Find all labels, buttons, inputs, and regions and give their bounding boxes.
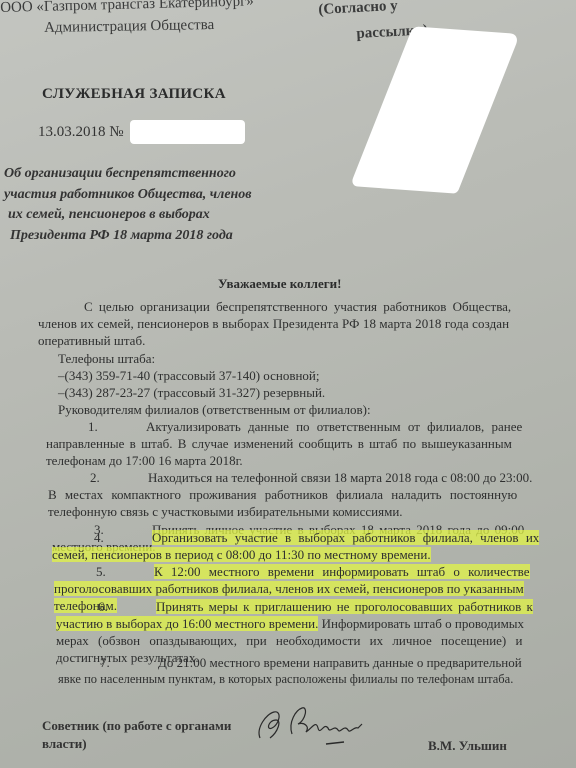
item-text: До 21:00 местного времени направить данн… [158, 655, 522, 670]
department-name: Администрация Общества [44, 17, 214, 37]
item-text: В местах компактного проживания работник… [48, 486, 564, 503]
item-text: телефонную связь с участковыми избирател… [48, 503, 564, 520]
intro-paragraph: С целью организации беспрепятственного у… [38, 298, 554, 349]
item-number: 4. [52, 529, 152, 546]
subject-line: их семей, пенсионеров в выборах [4, 205, 252, 226]
intro-line: С целью организации беспрепятственного у… [38, 298, 554, 315]
redaction-block-number [130, 120, 245, 144]
item-text-highlighted: участию в выборах до 16:00 местного врем… [56, 616, 318, 631]
item-text: телефонам до 17:00 16 марта 2018г. [46, 452, 562, 469]
signatory-role: Советник (по работе с органами власти) [42, 717, 231, 753]
phone-reserve: –(343) 287-23-27 (трассовый 31-327) резе… [38, 384, 554, 401]
signatory-name: В.М. Ульшин [428, 738, 507, 754]
branch-heads-label: Руководителям филиалов (ответственным от… [38, 401, 554, 418]
item-1: 1.Актуализировать данные по ответственны… [46, 418, 562, 469]
organization-name: ООО «Газпром трансгаз Екатеринбург» [0, 0, 254, 17]
greeting: Уважаемые коллеги! [218, 276, 341, 292]
item-text: направленные в штаб. В случае изменений … [46, 435, 562, 452]
item-text: мерах (обзвон опаздывающих, при необходи… [56, 632, 572, 649]
item-7: 7.До 21:00 местного времени направить да… [58, 654, 574, 688]
item-number: 2. [48, 469, 148, 486]
document-title: СЛУЖЕБНАЯ ЗАПИСКА [42, 86, 226, 103]
item-text-highlighted: Организовать участие в выборах работнико… [152, 530, 539, 545]
distribution-note-line1: (Согласно у [318, 0, 398, 19]
item-text-highlighted: Принять меры к приглашению не проголосов… [156, 599, 533, 614]
intro-line: оперативный штаб. [38, 332, 554, 349]
redaction-block-recipients [350, 26, 520, 193]
item-number: 5. [54, 563, 154, 580]
item-text-highlighted: проголосовавших работников филиала, член… [54, 581, 524, 596]
item-text: Актуализировать данные по ответственным … [146, 419, 522, 434]
subject-line: участия работников Общества, членов [4, 185, 252, 206]
document-subject: Об организации беспрепятственного участи… [4, 164, 252, 246]
item-number: 1. [46, 418, 146, 435]
item-text-highlighted: семей, пенсионеров в период с 08:00 до 1… [52, 547, 431, 562]
handwritten-signature [252, 698, 382, 750]
signatory-role-line: власти) [42, 735, 231, 753]
phone-primary: –(343) 359-71-40 (трассовый 37-140) осно… [38, 367, 554, 384]
phones-label: Телефоны штаба: [38, 350, 554, 367]
item-number: 6. [56, 598, 156, 615]
item-2: 2.Находиться на телефонной связи 18 март… [48, 469, 564, 520]
item-4: 4.Организовать участие в выборах работни… [52, 529, 568, 563]
item-text: Информировать штаб о проводимых [318, 616, 524, 631]
phones-block: Телефоны штаба: –(343) 359-71-40 (трассо… [38, 350, 554, 418]
subject-line: Президента РФ 18 марта 2018 года [4, 226, 252, 247]
item-text: явке по населенным пунктам, в которых ра… [58, 671, 574, 688]
item-text-highlighted: К 12:00 местного времени информировать ш… [154, 564, 530, 579]
item-text: Находиться на телефонной связи 18 марта … [148, 470, 532, 485]
signatory-role-line: Советник (по работе с органами [42, 717, 231, 735]
intro-line: членов их семей, пенсионеров в выборах П… [38, 315, 554, 332]
item-number: 7. [58, 654, 158, 671]
subject-line: Об организации беспрепятственного [4, 164, 252, 185]
document-date: 13.03.2018 № [38, 124, 124, 141]
